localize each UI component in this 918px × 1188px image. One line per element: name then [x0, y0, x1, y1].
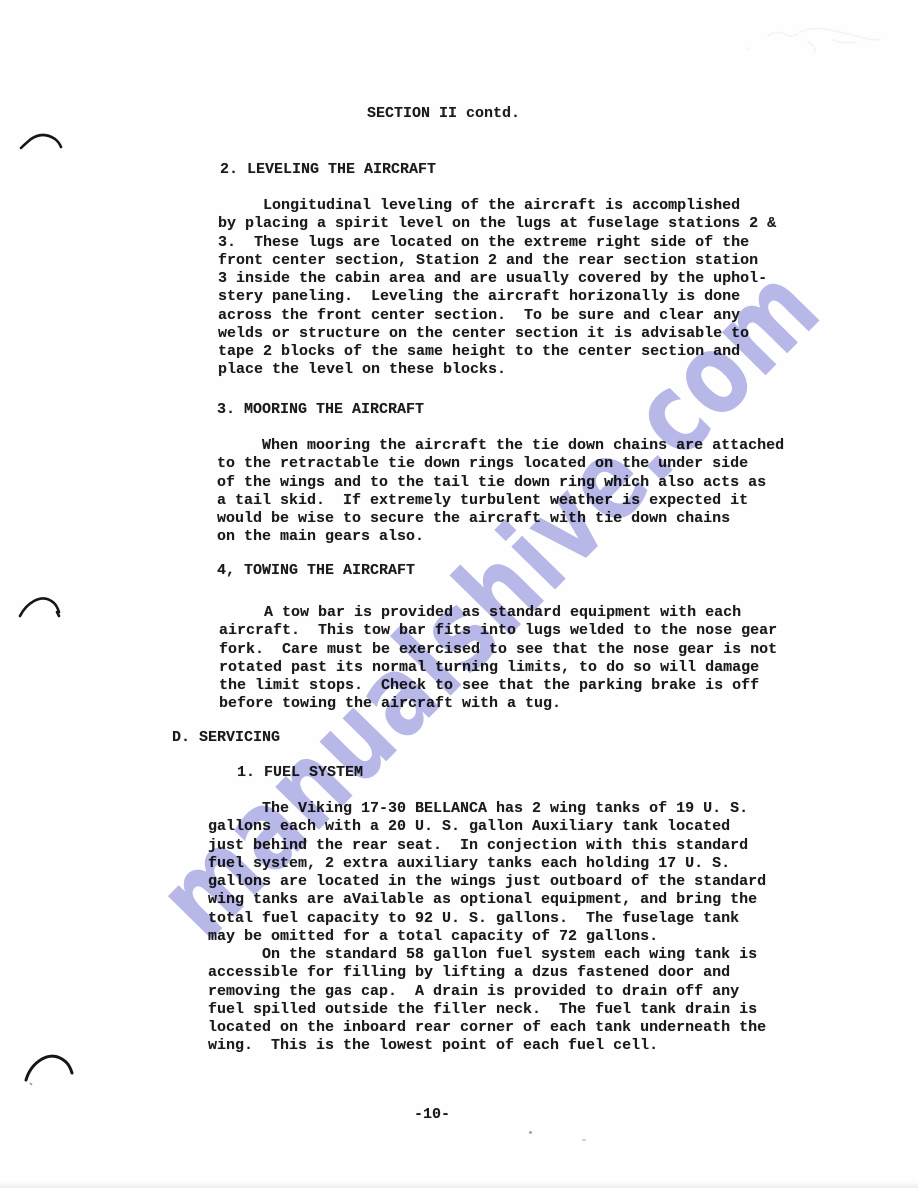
margin-arc-mark — [22, 1050, 76, 1088]
section-heading-leveling: 2. LEVELING THE AIRCRAFT — [220, 161, 436, 179]
paragraph-towing: A tow bar is provided as standard equipm… — [219, 604, 777, 714]
margin-arc-mark — [16, 592, 64, 622]
scanned-manual-page: SECTION II contd. 2. LEVELING THE AIRCRA… — [0, 0, 918, 1188]
scan-speck — [610, 352, 612, 354]
page-header: SECTION II contd. — [367, 105, 520, 123]
paragraph-fuel-system: The Viking 17-30 BELLANCA has 2 wing tan… — [208, 800, 766, 1056]
section-heading-servicing: D. SERVICING — [172, 729, 280, 747]
scan-speck — [529, 1131, 532, 1134]
section-heading-mooring: 3. MOORING THE AIRCRAFT — [217, 401, 424, 419]
paragraph-mooring: When mooring the aircraft the tie down c… — [217, 437, 784, 547]
scan-speck — [582, 1139, 586, 1141]
page-number: -10- — [414, 1106, 450, 1124]
section-heading-towing: 4, TOWING THE AIRCRAFT — [217, 562, 415, 580]
scan-smudge-mark — [738, 14, 888, 64]
margin-arc-mark — [18, 130, 66, 158]
section-heading-fuel-system: 1. FUEL SYSTEM — [237, 764, 363, 782]
scan-bottom-edge — [0, 1182, 918, 1188]
paragraph-leveling: Longitudinal leveling of the aircraft is… — [218, 197, 776, 380]
